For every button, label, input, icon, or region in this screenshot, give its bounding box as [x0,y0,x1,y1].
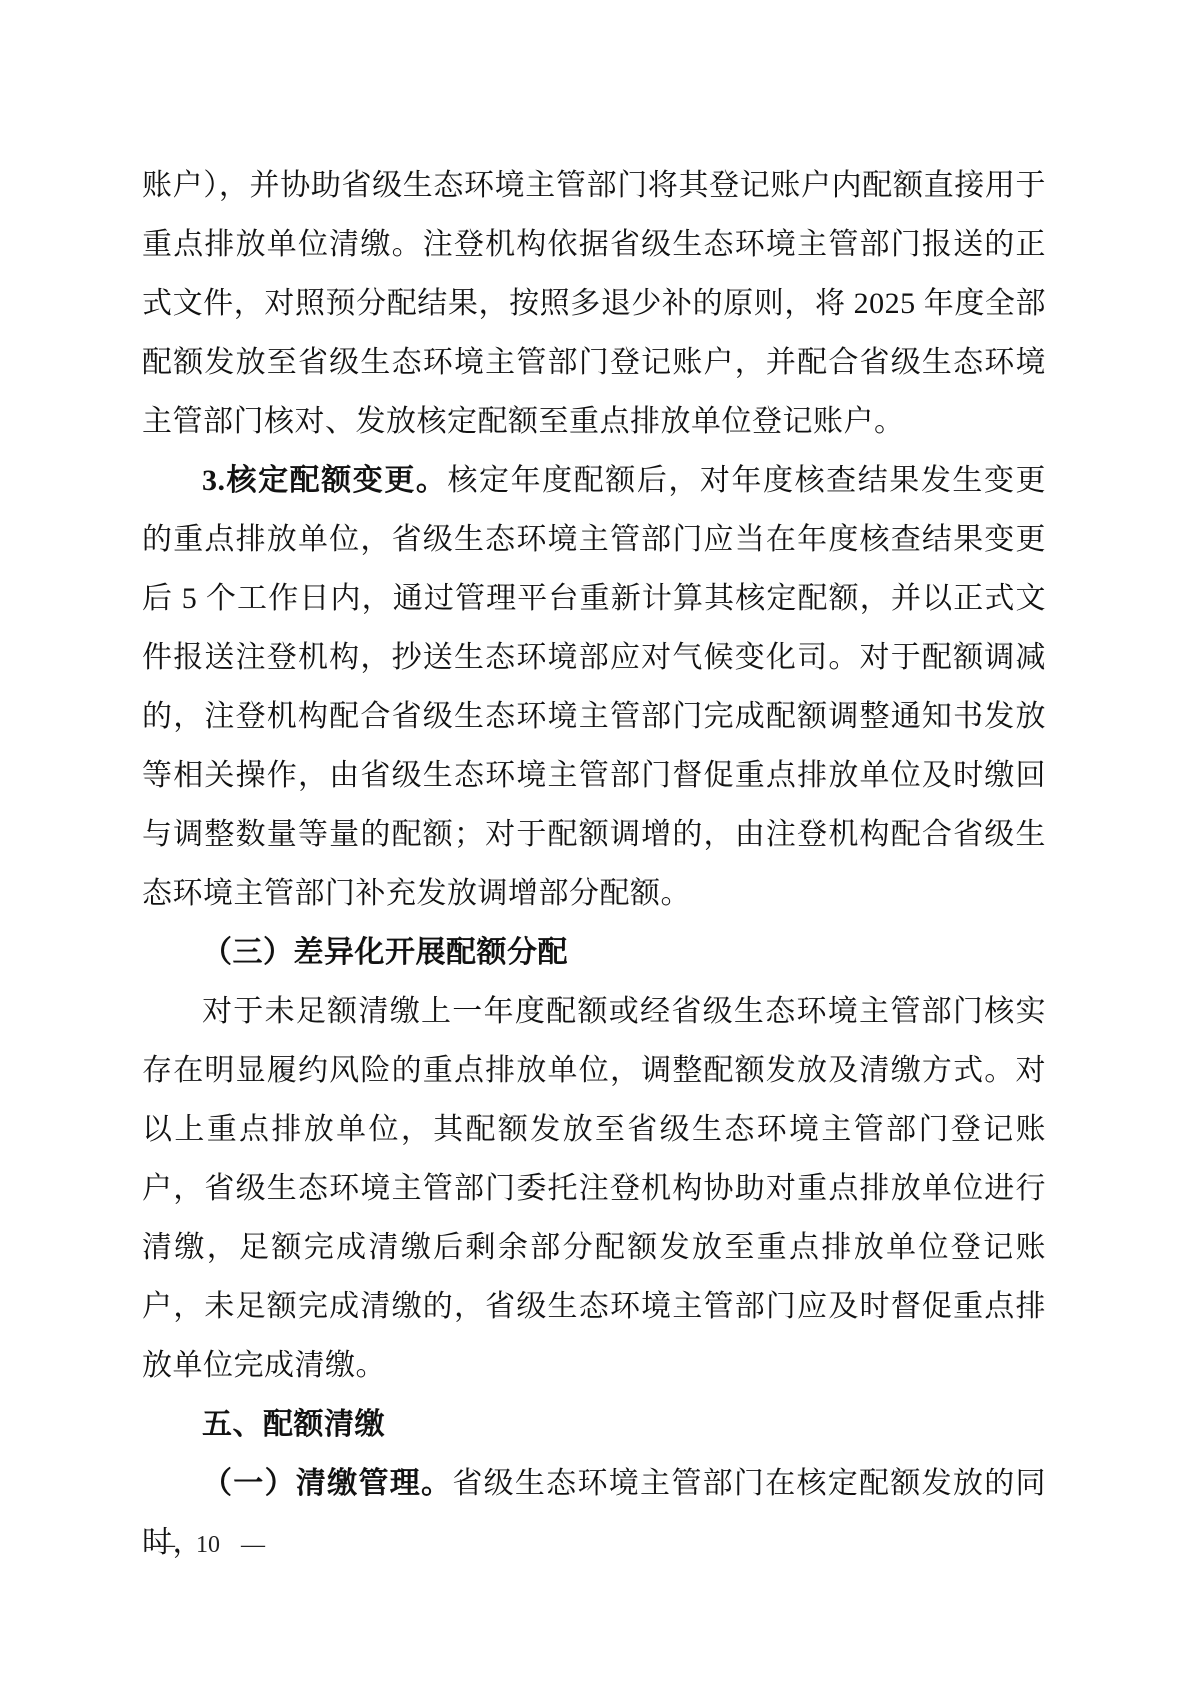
footer-dash-left: — [151,1530,175,1560]
heading-text: 五、配额清缴 [202,1408,385,1441]
page-content: 账户），并协助省级生态环境主管部门将其登记账户内配额直接用于重点排放单位清缴。注… [142,156,1046,1572]
footer-dash-right: — [241,1530,265,1560]
paragraph-differentiated-allocation: 对于未足额清缴上一年度配额或经省级生态环境主管部门核实存在明显履约风险的重点排放… [142,982,1046,1395]
page-footer: — 10 — [151,1530,265,1560]
document-page: 账户），并协助省级生态环境主管部门将其登记账户内配额直接用于重点排放单位清缴。注… [0,0,1190,1683]
section-heading-differentiated-allocation: （三）差异化开展配额分配 [142,923,1046,982]
section-heading-quota-clearing: 五、配额清缴 [142,1395,1046,1454]
paragraph-quota-change: 3.核定配额变更。核定年度配额后，对年度核查结果发生变更的重点排放单位，省级生态… [142,451,1046,923]
body-text-run: 核定年度配额后，对年度核查结果发生变更的重点排放单位，省级生态环境主管部门应当在… [142,464,1046,910]
footer-page-number: 10 [196,1530,220,1560]
heading-text: （三）差异化开展配额分配 [202,936,568,969]
body-text-run: 对于未足额清缴上一年度配额或经省级生态环境主管部门核实存在明显履约风险的重点排放… [142,995,1046,1382]
paragraph-clearing-management: （一）清缴管理。省级生态环境主管部门在核定配额发放的同时， [142,1454,1046,1572]
bold-label-quota-change: 3.核定配额变更。 [202,464,447,497]
bold-label-clearing-management: （一）清缴管理。 [202,1467,452,1500]
paragraph-account-allocation: 账户），并协助省级生态环境主管部门将其登记账户内配额直接用于重点排放单位清缴。注… [142,156,1046,451]
body-text-run: 账户），并协助省级生态环境主管部门将其登记账户内配额直接用于重点排放单位清缴。注… [142,169,1046,438]
